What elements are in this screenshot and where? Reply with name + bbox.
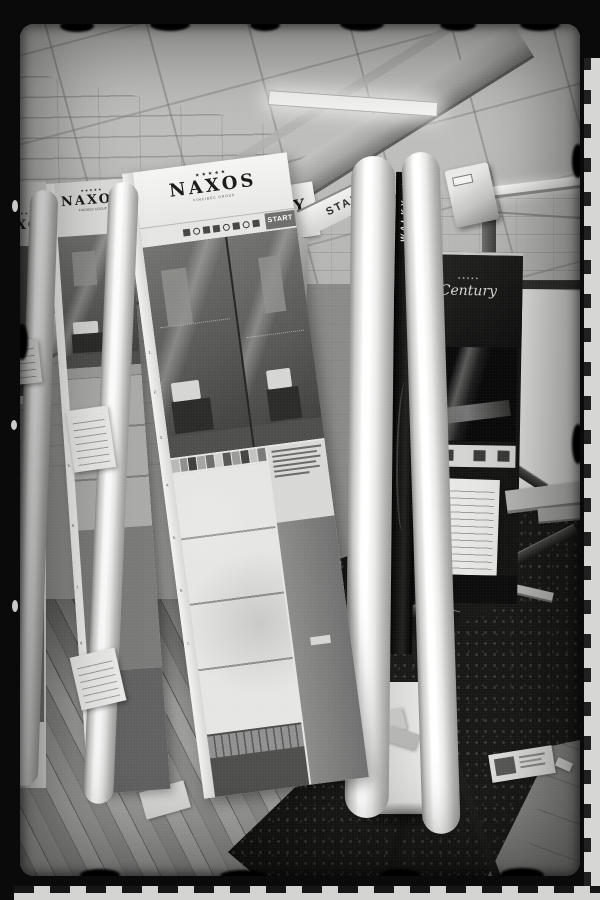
frame-grunge [572,424,580,464]
frame-grunge [572,144,580,178]
text-line [275,471,310,478]
cert-icon [183,228,191,236]
product-info-text [267,440,334,523]
cert-icon [232,222,240,230]
frame-notch [12,200,18,212]
row-number: 5. [68,464,71,468]
mirror-shape [72,251,97,287]
row-number: 7. [76,586,79,590]
print-margin-right [584,58,600,886]
row-number: 7. [187,642,191,646]
row-number: 6. [180,589,184,593]
vanity-shape [266,386,302,422]
spec-chip [473,450,485,461]
bathroom-photos [143,228,324,458]
photograph: ★★★★★ Century ★★★★★ CENTURY FINCIBEC GRO… [20,24,580,876]
frame-grunge [500,868,544,876]
frame-notch [12,600,18,612]
color-chip [205,455,214,469]
row-number: 6. [72,524,75,528]
taped-info-sheet [66,405,116,472]
frame-grunge [220,870,266,876]
photo-print: ★★★★★ Century ★★★★★ CENTURY FINCIBEC GRO… [0,0,600,900]
brochure-line [520,762,545,768]
row-number: 2. [154,390,158,394]
color-chip [240,450,249,464]
spec-chip [497,451,509,462]
row-number: 3. [160,436,164,440]
cert-icon [212,224,220,232]
cert-icon [242,220,250,228]
row-number: 5. [173,536,177,540]
color-chip [197,456,206,470]
row-number: 1. [148,351,152,355]
sheet-text-lines [76,655,120,703]
color-chip [249,449,258,463]
frame-grunge [80,869,120,876]
frame-grunge [380,869,420,876]
cert-icon [252,219,260,227]
cert-icon [193,227,201,235]
vanity-shape [172,397,214,434]
frame-notch [11,420,17,430]
cert-icon [203,226,211,234]
box-label [452,174,473,187]
color-chip [257,448,266,462]
tiny-label [310,635,331,646]
start-chip: START [264,210,296,230]
print-margin-bottom [14,886,600,900]
row-number: 4. [166,484,170,488]
sheet-text-lines [72,413,111,466]
brochure-photo [494,756,516,776]
row-number: 8. [80,642,83,646]
cert-icon [222,223,230,231]
